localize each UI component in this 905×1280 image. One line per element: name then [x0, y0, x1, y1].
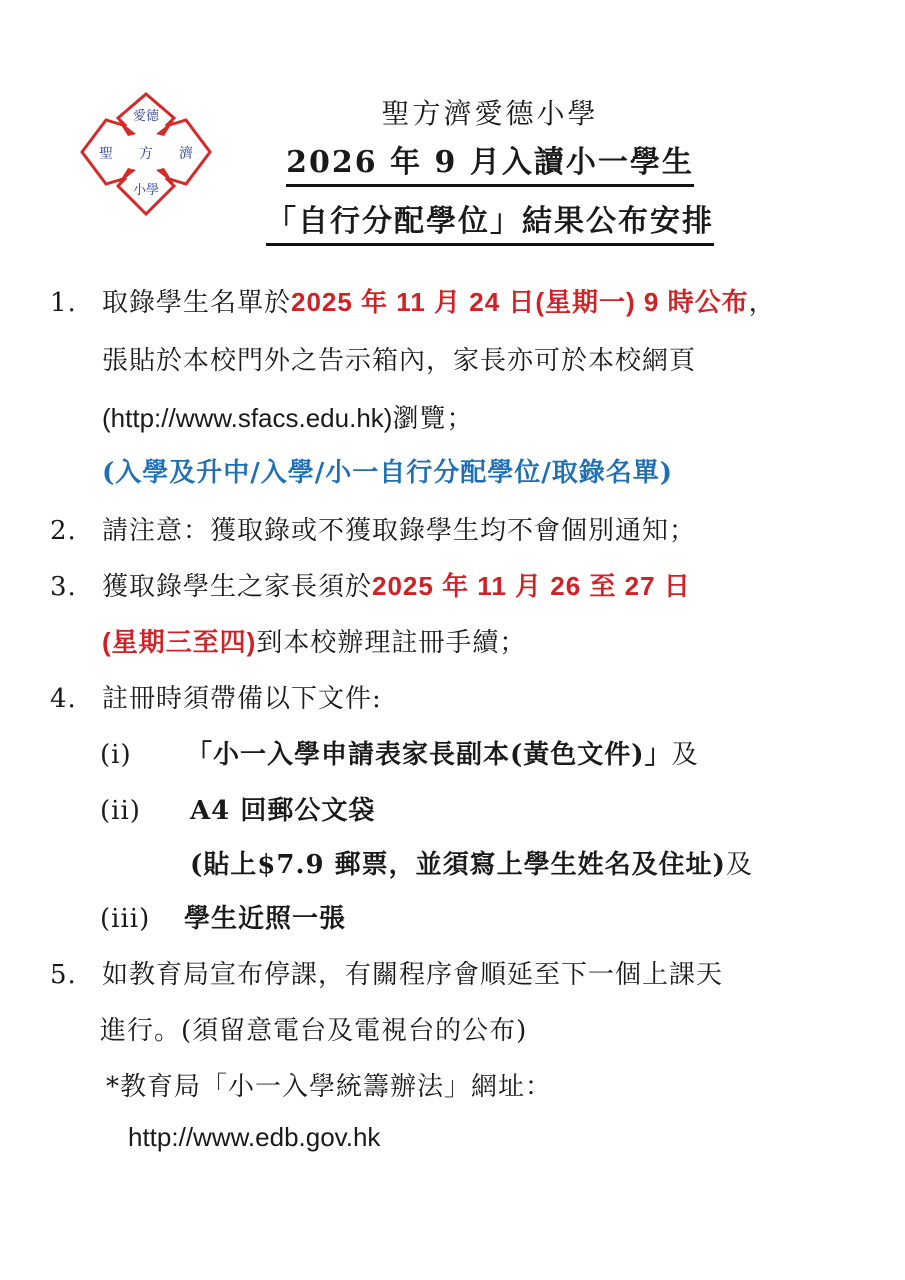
item-1-prefix: 取錄學生名單於: [102, 288, 291, 318]
svg-text:濟: 濟: [179, 145, 193, 162]
item-number: 2.: [50, 516, 102, 546]
school-website-link[interactable]: (http://www.sfacs.edu.hk): [102, 403, 392, 433]
sub-i-text: 「小一入學申請表家長副本(黃色文件)」: [186, 740, 672, 770]
sub-label: (ii): [100, 796, 190, 826]
sub-label: (i): [100, 740, 186, 770]
item-1-line-3: (http://www.sfacs.edu.hk)瀏覽；: [102, 398, 473, 435]
title-line-1: 2026 年 9 月入讀小一學生: [286, 142, 694, 187]
item-2: 2.請注意：獲取錄或不獲取錄學生均不會個別通知；: [50, 510, 696, 547]
item-number: 4.: [50, 684, 102, 714]
title-line-2: 「自行分配學位」結果公布安排: [266, 201, 714, 246]
title-block: 聖方濟愛德小學 2026 年 9 月入讀小一學生 「自行分配學位」結果公布安排: [240, 92, 740, 246]
item-1-line-2: 張貼於本校門外之告示箱內，家長亦可於本校網頁: [102, 340, 696, 377]
item-1-navigation-path: (入學及升中/入學/小一自行分配學位/取錄名單): [102, 452, 673, 489]
item-1-url-suffix: 瀏覽；: [392, 404, 473, 434]
item-3-line-1: 3.獲取錄學生之家長須於2025 年 11 月 26 至 27 日: [50, 566, 691, 603]
sub-iii-text: 學生近照一張: [184, 904, 346, 934]
item-4-sub-ii-detail: (貼上$7.9 郵票，並須寫上學生姓名及住址)及: [190, 844, 753, 881]
item-5-line-1: 5.如教育局宣布停課，有關程序會順延至下一個上課天: [50, 954, 723, 991]
item-1-date-highlight: 2025 年 11 月 24 日(星期一) 9 時公布: [291, 287, 749, 317]
svg-text:聖: 聖: [99, 146, 113, 162]
sub-ii-detail-text: (貼上$7.9 郵票，並須寫上學生姓名及住址): [190, 850, 726, 880]
svg-text:方: 方: [139, 146, 153, 162]
sub-label: (iii): [100, 904, 184, 934]
item-1-line-1: 1.取錄學生名單於2025 年 11 月 24 日(星期一) 9 時公布，: [50, 282, 776, 319]
sub-ii-text: A4 回郵公文袋: [190, 796, 375, 826]
item-3-date-highlight: 2025 年 11 月 26 至 27 日: [372, 571, 691, 601]
item-4-text: 註冊時須帶備以下文件:: [102, 684, 382, 714]
school-name: 聖方濟愛德小學: [240, 92, 740, 136]
item-3-prefix: 獲取錄學生之家長須於: [102, 572, 372, 602]
item-number: 1.: [50, 288, 102, 318]
svg-text:小學: 小學: [133, 183, 159, 198]
item-3-line-2: (星期三至四)到本校辦理註冊手續；: [102, 622, 526, 659]
edb-website-link[interactable]: http://www.edb.gov.hk: [128, 1122, 380, 1153]
item-number: 3.: [50, 572, 102, 602]
item-5-text: 如教育局宣布停課，有關程序會順延至下一個上課天: [102, 960, 723, 990]
item-4-sub-ii: (ii)A4 回郵公文袋: [100, 790, 375, 827]
item-4: 4.註冊時須帶備以下文件:: [50, 678, 382, 715]
item-5-line-2: 進行。(須留意電台及電視台的公布): [100, 1010, 527, 1047]
item-3-weekday-highlight: (星期三至四): [102, 627, 256, 657]
school-logo: 愛德 聖 方 濟 小學: [78, 90, 214, 220]
item-4-sub-iii: (iii)學生近照一張: [100, 898, 346, 935]
item-1-suffix: ，: [749, 288, 776, 318]
edb-note: *教育局「小一入學統籌辦法」網址：: [106, 1066, 552, 1103]
sub-i-suffix: 及: [672, 740, 699, 770]
sub-ii-suffix: 及: [726, 850, 753, 880]
item-3-suffix: 到本校辦理註冊手續；: [256, 628, 526, 658]
item-number: 5.: [50, 960, 102, 990]
item-2-text: 請注意：獲取錄或不獲取錄學生均不會個別通知；: [102, 516, 696, 546]
svg-text:愛德: 愛德: [133, 109, 160, 124]
item-4-sub-i: (i)「小一入學申請表家長副本(黃色文件)」及: [100, 734, 699, 771]
